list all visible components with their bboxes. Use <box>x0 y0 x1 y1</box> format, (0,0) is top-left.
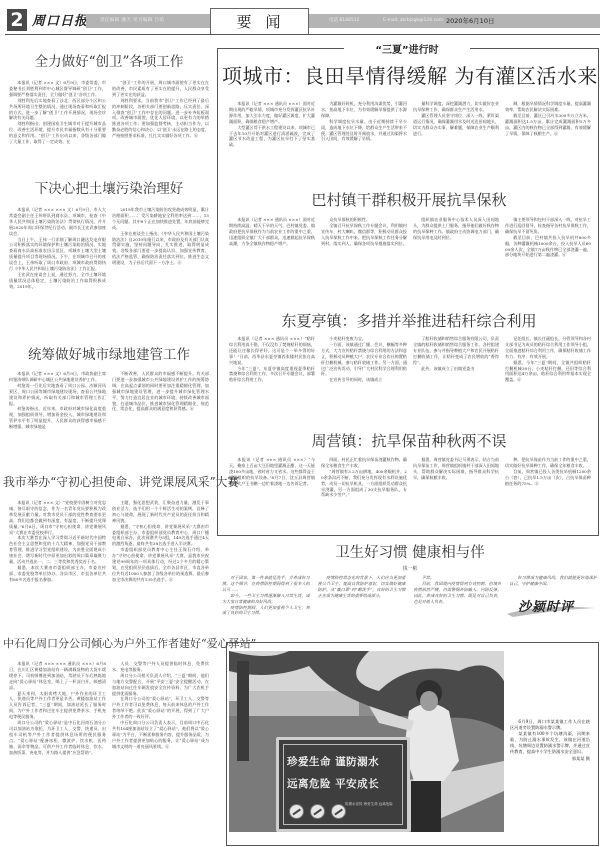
article-column: 镇主要领导和包村干部深入一线，对抗旱工作进行巡回督导，检查指导各村抗旱保秋工作，… <box>505 217 591 299</box>
news-photo: 珍爱生命 谨防溺水 远离危险 平安成长 防溺水宣传 珍爱生命 远离危险 <box>229 651 504 832</box>
editor-line: 责任编辑 潘天 见习编辑 吕萌 <box>86 14 210 28</box>
article-headline: 中石化周口分公司倾心为户外工作者建好“爱心驿站” <box>3 635 215 651</box>
essay-column: 疫情防控常态化的背景下，人们应当更加重视公共卫生，提高自我防护意识，切实做好健康… <box>318 575 406 637</box>
article-column: 本报讯（记者 ××× ××× 文）6月9日，市人大常委会副主任王伟带队到商水县、… <box>9 207 106 325</box>
essay-author: 钱一彬 <box>370 565 450 572</box>
column-logo: 沙颍时评 <box>518 596 574 615</box>
article-column: 记任组长，镇长任副组长，分管领导和各村支部书记为成员的秸秆综合利用工作领导小组，… <box>505 336 591 418</box>
sign-text-line-1: 珍爱生命 谨防溺水 <box>287 754 379 769</box>
article-headline: 统筹做好城市绿地建管工作 <box>5 343 213 363</box>
article-headline: 巴村镇干群积极开展抗旱保秋 <box>222 189 596 210</box>
article-column: 2019年我市土壤污染防治攻坚战成效明显，累计治理面积……；受污染耕地安全利用率… <box>112 207 209 325</box>
article-column: 制，根据旱情情况科学调度水量，提高灌溉效率，帮助农民解决实际困难。截至目前，灌区… <box>505 101 591 179</box>
article-column: 众抗旱保秋的积极性。全镇召开抗旱保秋工作专题会议，利用镇村宣传车、村大喇叭、微信… <box>321 217 407 299</box>
article-column: 了秸秆收储和销售综合服务有限公司，负责全镇的秸秆收储和销售综合服务工作。各村组建… <box>413 336 499 418</box>
article-headline: 下决心把土壤污染治理好 <box>5 177 213 197</box>
essay-column: 平常。目前，我国境内疫情得到有效控制，但境外疫情依然严峻，仍需警惕外防输入、内防… <box>414 575 502 637</box>
article-column: 四面，村民正忙着抗旱保苗浇灌秋作物，确保全年粮食生产丰收。“周营镇有3.2万亩耕… <box>321 457 407 527</box>
article-column: 人员、交警等户外人员提供临时休息、免费饮水、充电等服务。周口分公司相关负责人介绍… <box>112 661 209 841</box>
section-title: 要闻 <box>210 8 309 35</box>
essay-column: 好习惯成为健康风尚，我们就能更好地保护自己，守护健康中国。 <box>509 575 597 589</box>
sign-text-line-2: 远离危险 平安成长 <box>287 776 379 791</box>
masthead: 2 周口日报 责任编辑 潘天 见习编辑 吕萌 要闻 电话 8188512 E-m… <box>0 0 600 34</box>
page-number: 2 <box>7 9 27 31</box>
article-column: 为灌溉好时机，充分利用沟渠优势，引灌河水，抬高地下水位，为有效缓解旱情提供了水源… <box>321 101 407 179</box>
article-column: 据悉，周营镇党委书记马勇表示，结合当前抗旱保苗工作，周营镇组织镇村干部深入田间地… <box>413 457 499 527</box>
article-column: 小麦秸秆变废为宝。一方面，该镇通过广播、会议、横幅等多种方式，大力宣传秸秆禁烧与… <box>321 336 407 418</box>
article-column: 不断改善，人民群众的幸福感不断提升。有关部门要进一步加强城市公共绿地建设养护工作… <box>112 371 209 457</box>
article-column: 本报讯（记者 ××× 文）6月9日，市政协副主席何鉴涛带队调研中心城区公共绿地建… <box>9 371 106 457</box>
sign-subtext: 防溺水宣传 珍爱生命 远离危险 <box>345 802 403 807</box>
article-column: 种，把抗旱保苗作为当前工作的重中之重，切实做好抗旱保种工作，确保全年粮食丰收。目… <box>505 457 591 527</box>
article-headline: 我市举办“守初心担使命、讲党课展风采”大赛 <box>3 473 215 490</box>
article-column: 本报讯（记者 ××× 文）6月9日，市委常委、市委秘书长刘胜利到市中心城区督导调… <box>9 80 106 162</box>
article-column: “创卫”工作的开展，周口城市面貌有了更实在在的改善，市民素质有了更实在的提升，人… <box>112 80 209 162</box>
article-headline: 全力做好“创卫”各项工作 <box>5 50 213 70</box>
article-column: 本报讯（记者 ××× 通讯员 ×××）面对近期持续高温、晴天干旱的天气，巴村镇党… <box>229 217 315 299</box>
no-fishing-icon <box>310 804 325 819</box>
article-column: 主题，强化思想武装，汇聚奋进力量，激发干事创业活力。选手们用一个个鲜活生动的案例… <box>112 500 209 621</box>
article-column: 组织镇农业服务中心技术人员深入田间地头，为群众提供上门服务，指导他们做好秋作物的… <box>413 217 499 299</box>
article-column: 本报讯（记者 ××× 通讯员 ×××）“今天，俺家上百亩大豆田地里灌溉正酣，这一… <box>229 457 315 527</box>
feature-frame-rule <box>217 48 344 49</box>
article-headline: 项城市：良田旱情得缓解 为有灌区活水来 <box>222 60 596 89</box>
feature-kicker: “三夏”进行时 <box>344 41 470 56</box>
article-headline: 东夏亭镇：多措并举推进秸秆综合利用 <box>222 310 596 331</box>
masthead-bar-left: 责任编辑 潘天 见习编辑 吕萌 <box>86 14 210 28</box>
article-column: 本报讯（记者 ××× 通讯员 ×××）面对近期出现的严峻旱情，项城市充分发挥灌区… <box>229 101 315 179</box>
essay-column: 对于国家，第一件事就是洗手，并养成好习惯。这个细节，在疫情防控期间得到了很多人的… <box>222 575 310 637</box>
feature-frame-rule <box>470 48 599 49</box>
masthead-rule <box>5 34 600 35</box>
article-headline: 周营镇：抗旱保苗种秋两不误 <box>222 430 596 451</box>
paper-name: 周口日报 <box>32 10 88 29</box>
photo-credit: 郭某某 摄 <box>510 756 590 762</box>
phone-line: 电话 8188512 <box>329 14 359 28</box>
photo-caption: 6月9日，周口市某某镇工作人员在辖区河道旁设置防溺水警示牌。 某某镇有100多个… <box>510 719 590 762</box>
warning-sign: 珍爱生命 谨防溺水 远离危险 平安成长 防溺水宣传 珍爱生命 远离危险 <box>276 737 410 832</box>
article-column: 本报讯（记者 ××× ××× 通讯员 ×××）6月8日，在川汇区黄楼加油站有一辆… <box>9 661 106 841</box>
article-column: 量科学调度，深挖灌溉潜力，切实做好农业抗旱保种工作，确保群众生产生活用水。灌区管… <box>413 101 499 179</box>
no-playing-water-icon <box>331 804 346 819</box>
email-line: E-mail: zkrbjzgb@126.com <box>383 14 443 28</box>
article-column: 本报讯（记者 ××× 通讯员 ×××）“秸秆综合利用真不错，不仅没有了焚烧秸秆的… <box>229 336 315 418</box>
article-column: 本报讯（记者 ××× 文）“党校要牢固树立对党忠诚、恪尽职守的信念，作为一名青年… <box>9 500 106 621</box>
issue-date: 2020年6月10日 <box>446 14 494 28</box>
essay-headline: 卫生好习惯 健康相与伴 <box>240 541 580 562</box>
masthead-bar-right: 电话 8188512 E-mail: zkrbjzgb@126.com 2020… <box>309 14 600 28</box>
no-swimming-icon <box>289 804 304 819</box>
